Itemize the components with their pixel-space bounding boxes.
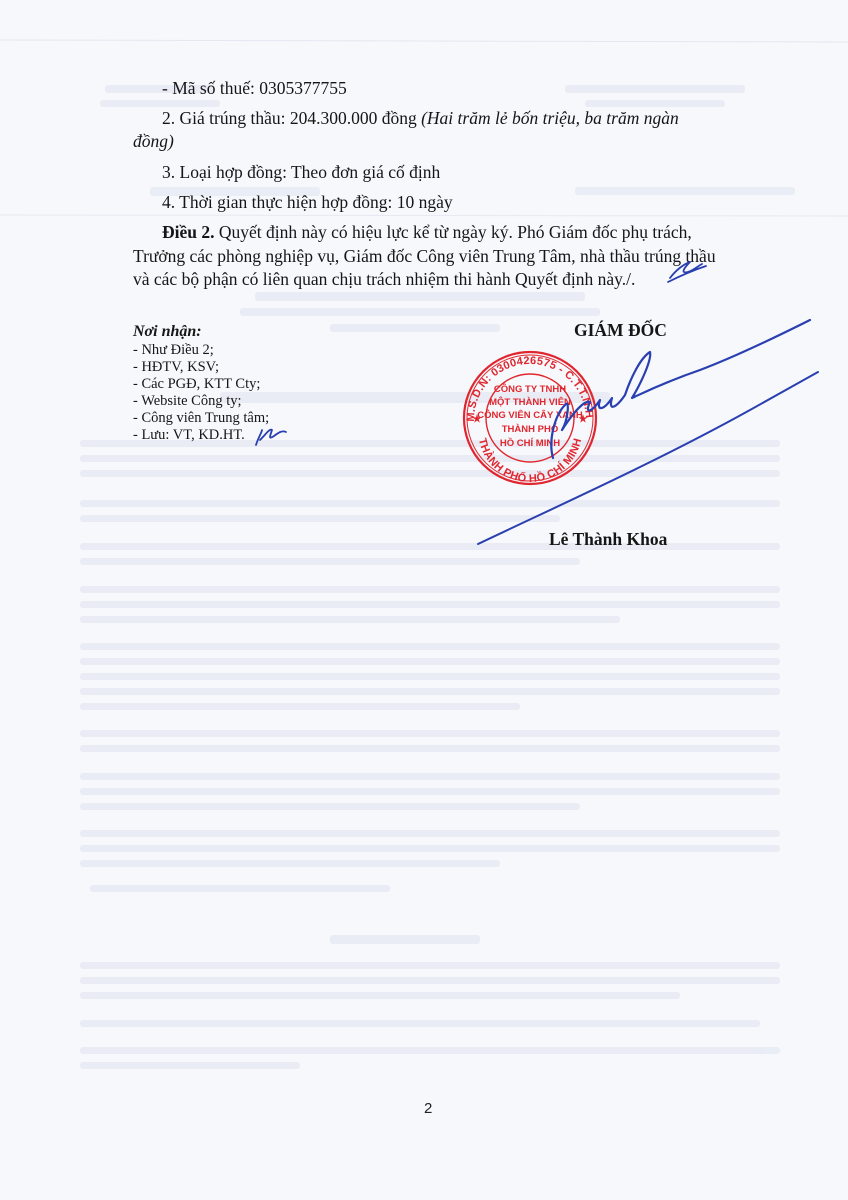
recipient-item: - Công viên Trung tâm; bbox=[133, 410, 269, 428]
svg-text:HỒ CHÍ MINH: HỒ CHÍ MINH bbox=[500, 437, 560, 449]
article-2-line-3: và các bộ phận có liên quan chịu trách n… bbox=[133, 268, 635, 290]
svg-text:THÀNH PHỐ: THÀNH PHỐ bbox=[502, 423, 558, 435]
recipient-item: - Các PGĐ, KTT Cty; bbox=[133, 376, 260, 394]
contract-duration-line: 4. Thời gian thực hiện hợp đồng: 10 ngày bbox=[162, 191, 453, 213]
signer-name: Lê Thành Khoa bbox=[549, 529, 667, 550]
article-2-line-2: Trưởng các phòng nghiệp vụ, Giám đốc Côn… bbox=[133, 245, 716, 267]
svg-text:CÔNG TY TNHH: CÔNG TY TNHH bbox=[494, 383, 566, 395]
svg-text:MỘT THÀNH VIÊN: MỘT THÀNH VIÊN bbox=[489, 396, 571, 408]
contract-type-line: 3. Loại hợp đồng: Theo đơn giá cố định bbox=[162, 161, 440, 183]
winning-price-line: 2. Giá trúng thầu: 204.300.000 đồng (Hai… bbox=[162, 107, 679, 129]
svg-text:CÔNG VIÊN CÂY XANH: CÔNG VIÊN CÂY XANH bbox=[477, 409, 583, 421]
recipient-item: - Như Điều 2; bbox=[133, 342, 214, 360]
recipient-item: - Lưu: VT, KD.HT. bbox=[133, 427, 245, 445]
svg-text:THÀNH PHỐ HỒ CHÍ MINH: THÀNH PHỐ HỒ CHÍ MINH bbox=[476, 437, 584, 485]
article-2-line-1: Điều 2. Quyết định này có hiệu lực kể từ… bbox=[162, 221, 692, 243]
page-number: 2 bbox=[424, 1100, 432, 1117]
svg-text:★: ★ bbox=[473, 414, 482, 425]
winning-price-in-words-cont: đồng) bbox=[133, 130, 174, 152]
recipients-title: Nơi nhận: bbox=[133, 323, 202, 341]
recipient-item: - HĐTV, KSV; bbox=[133, 359, 219, 377]
article-2-text-1: Quyết định này có hiệu lực kể từ ngày ký… bbox=[215, 222, 692, 242]
recipient-item: - Website Công ty; bbox=[133, 393, 242, 411]
signer-title: GIÁM ĐỐC bbox=[574, 320, 667, 341]
article-2-heading: Điều 2. bbox=[162, 222, 215, 242]
winning-price-in-words: (Hai trăm lẻ bốn triệu, ba trăm ngàn bbox=[421, 108, 679, 128]
document-page: - Mã số thuế: 0305377755 2. Giá trúng th… bbox=[0, 0, 848, 1200]
svg-text:★: ★ bbox=[579, 414, 588, 425]
tax-code-line: - Mã số thuế: 0305377755 bbox=[162, 77, 347, 99]
winning-price-label: 2. Giá trúng thầu: 204.300.000 đồng bbox=[162, 108, 421, 128]
